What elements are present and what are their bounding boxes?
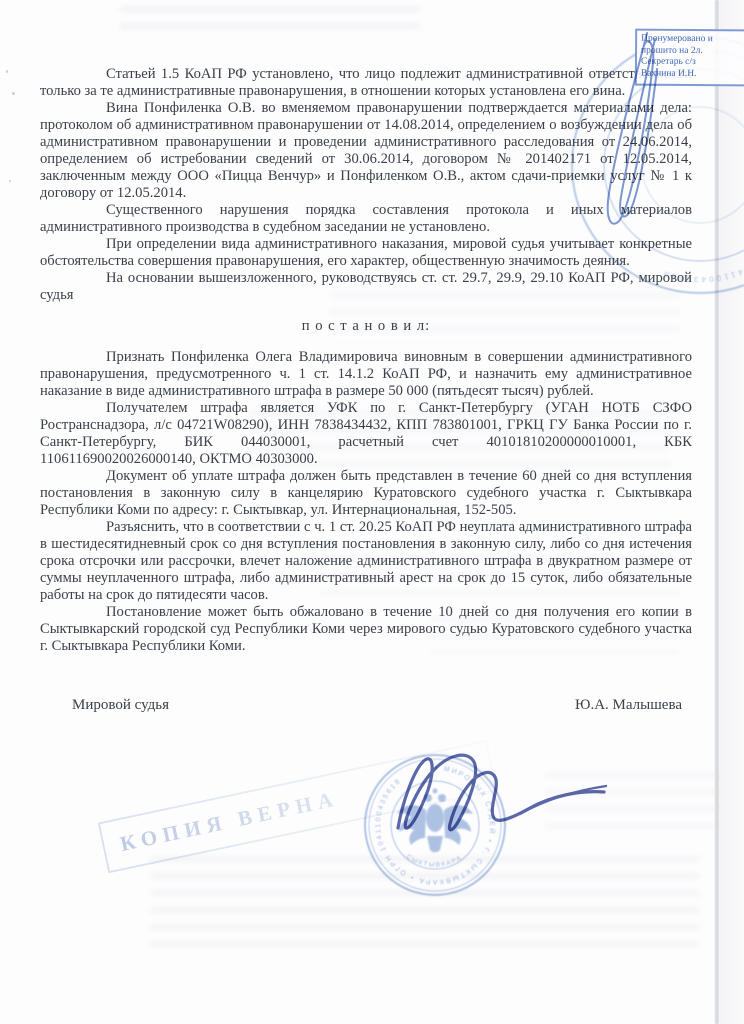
signature-row: Мировой судья Ю.А. Малышева bbox=[40, 697, 692, 714]
bleed-through-text bbox=[120, 6, 420, 36]
scan-speck bbox=[12, 92, 15, 95]
judge-name: Ю.А. Малышева bbox=[575, 697, 682, 714]
judge-signature bbox=[380, 740, 620, 850]
paragraph: Разъяснить, что в соответствии с ч. 1 ст… bbox=[40, 519, 692, 604]
paragraph: Получателем штрафа является УФК по г. Са… bbox=[40, 400, 692, 468]
scan-speck bbox=[9, 180, 11, 182]
paragraph: Признать Понфиленка Олега Владимировича … bbox=[40, 349, 692, 400]
paragraph: Документ об уплате штрафа должен быть пр… bbox=[40, 468, 692, 519]
seal-city-text: СЫКТЫВКАРА bbox=[405, 853, 464, 868]
secretary-signature bbox=[585, 25, 695, 240]
paragraph: При определении вида административного н… bbox=[40, 236, 692, 270]
document-page: • МИРОВЫХ СУДЕЙ • Г. СЫКТЫВКАРА • ОГРН 1… bbox=[0, 0, 744, 1024]
svg-text:СЫКТЫВКАРА: СЫКТЫВКАРА bbox=[405, 853, 464, 868]
paragraph: На основании вышеизложенного, руководств… bbox=[40, 270, 692, 304]
judge-title: Мировой судья bbox=[72, 697, 169, 714]
copy-verified-text: КОПИЯ ВЕРНА bbox=[118, 786, 341, 856]
resolution-heading: п о с т а н о в и л: bbox=[40, 318, 692, 335]
paragraph: Постановление может быть обжаловано в те… bbox=[40, 604, 692, 655]
scan-speck bbox=[6, 70, 8, 73]
